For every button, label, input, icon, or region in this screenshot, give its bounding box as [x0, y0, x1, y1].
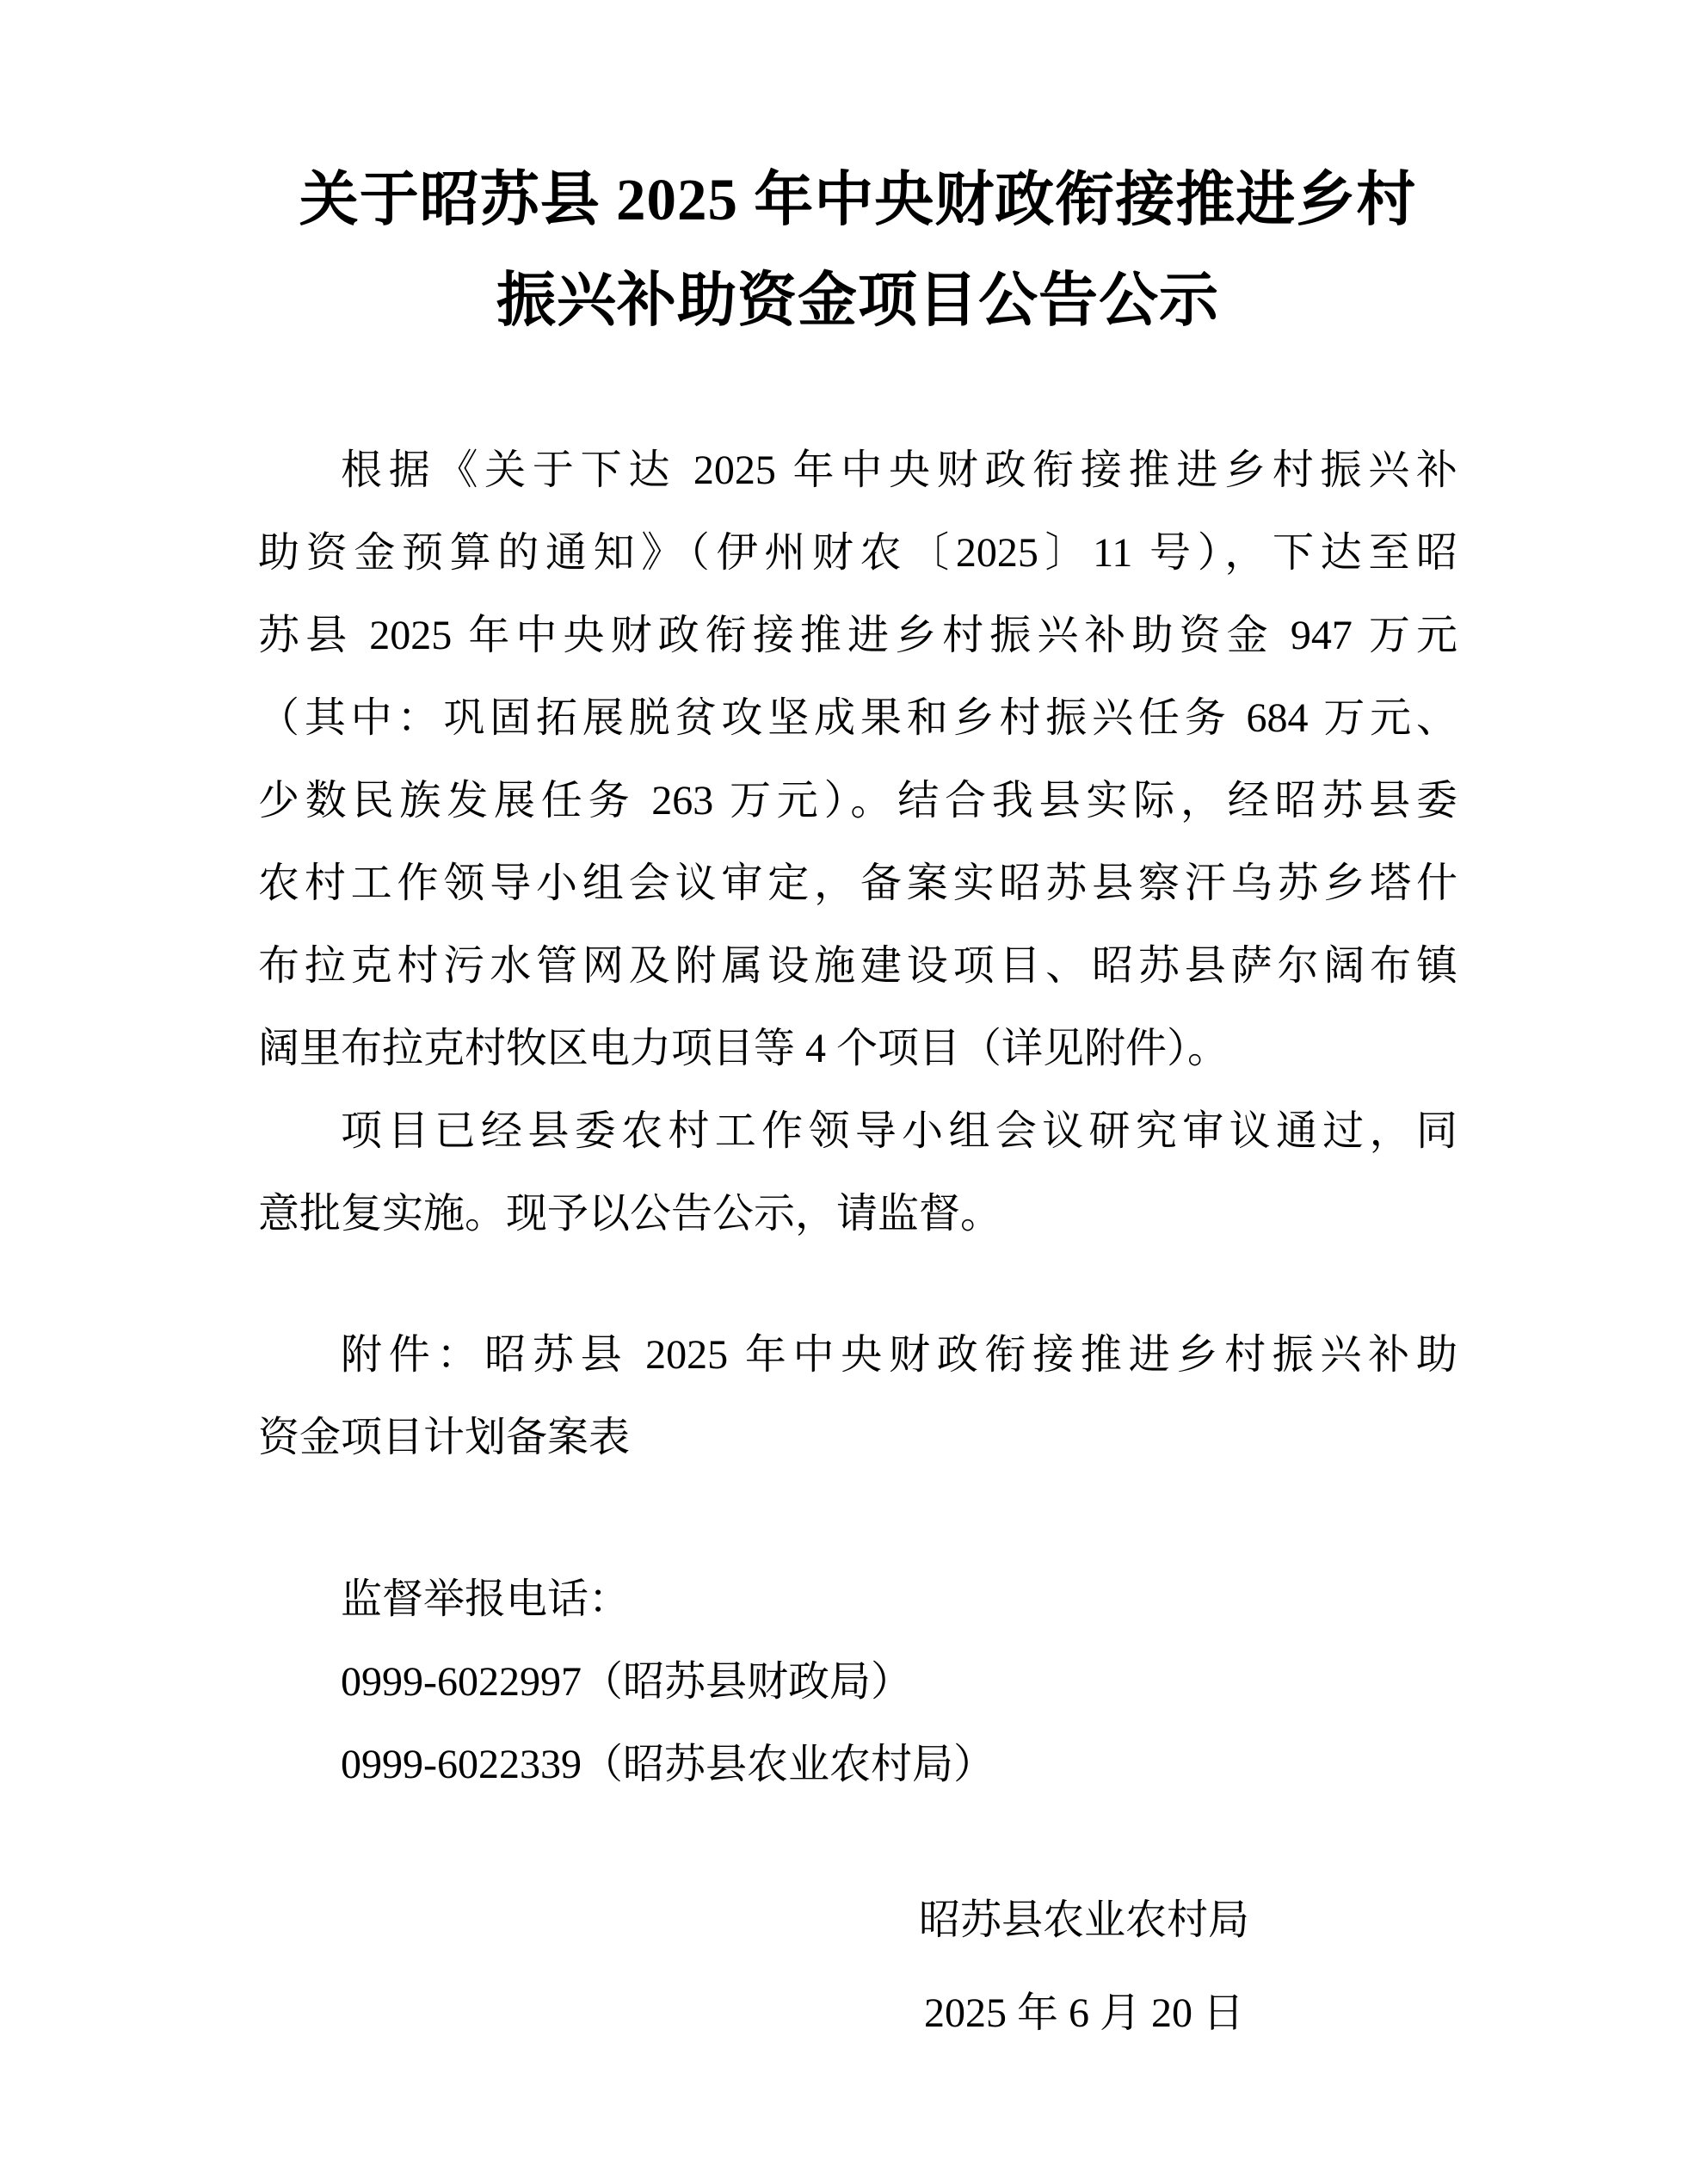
- attachment-line: 附件：昭苏县 2025 年中央财政衔接推进乡村振兴补助: [258, 1314, 1457, 1397]
- body-line: 少数民族发展任务 263 万元）。结合我县实际，经昭苏县委: [258, 760, 1457, 842]
- body-line: 意批复实施。现予以公告公示，请监督。: [258, 1173, 1457, 1255]
- body-line: 根据《关于下达 2025 年中央财政衔接推进乡村振兴补: [258, 429, 1457, 512]
- signature-org: 昭苏县农业农村局: [783, 1879, 1385, 1962]
- signature-date: 2025 年 6 月 20 日: [783, 1972, 1385, 2055]
- title-line-1: 关于昭苏县 2025 年中央财政衔接推进乡村: [258, 150, 1457, 250]
- page-title: 关于昭苏县 2025 年中央财政衔接推进乡村 振兴补助资金项目公告公示: [258, 150, 1457, 351]
- attachment-note: 附件：昭苏县 2025 年中央财政衔接推进乡村振兴补助资金项目计划备案表: [258, 1314, 1457, 1479]
- hotline-number-finance: 0999-6022997（昭苏县财政局）: [258, 1641, 1457, 1724]
- body-paragraph-1: 根据《关于下达 2025 年中央财政衔接推进乡村振兴补助资金预算的通知》（伊州财…: [258, 429, 1457, 1090]
- body-paragraph-2: 项目已经县委农村工作领导小组会议研究审议通过，同意批复实施。现予以公告公示，请监…: [258, 1090, 1457, 1255]
- attachment-line: 资金项目计划备案表: [258, 1397, 1457, 1479]
- body-line: 苏县 2025 年中央财政衔接推进乡村振兴补助资金 947 万元: [258, 595, 1457, 677]
- document-page: 关于昭苏县 2025 年中央财政衔接推进乡村 振兴补助资金项目公告公示 根据《关…: [0, 0, 1707, 2184]
- body-line: 项目已经县委农村工作领导小组会议研究审议通过，同: [258, 1090, 1457, 1173]
- body-line: 农村工作领导小组会议审定，备案实昭苏县察汗乌苏乡塔什: [258, 842, 1457, 925]
- body-line: 布拉克村污水管网及附属设施建设项目、昭苏县萨尔阔布镇: [258, 925, 1457, 1008]
- hotline-number-agriculture: 0999-6022339（昭苏县农业农村局）: [258, 1724, 1457, 1806]
- title-line-2: 振兴补助资金项目公告公示: [258, 250, 1457, 351]
- hotline-label: 监督举报电话：: [258, 1558, 1457, 1641]
- document-body: 根据《关于下达 2025 年中央财政衔接推进乡村振兴补助资金预算的通知》（伊州财…: [258, 429, 1457, 2055]
- hotline-section: 监督举报电话： 0999-6022997（昭苏县财政局） 0999-602233…: [258, 1558, 1457, 1806]
- body-line: （其中：巩固拓展脱贫攻坚成果和乡村振兴任务 684 万元、: [258, 677, 1457, 760]
- signature-block: 昭苏县农业农村局 2025 年 6 月 20 日: [783, 1879, 1385, 2055]
- body-line: 助资金预算的通知》（伊州财农〔2025〕11 号），下达至昭: [258, 512, 1457, 595]
- body-line: 阔里布拉克村牧区电力项目等 4 个项目（详见附件）。: [258, 1008, 1457, 1090]
